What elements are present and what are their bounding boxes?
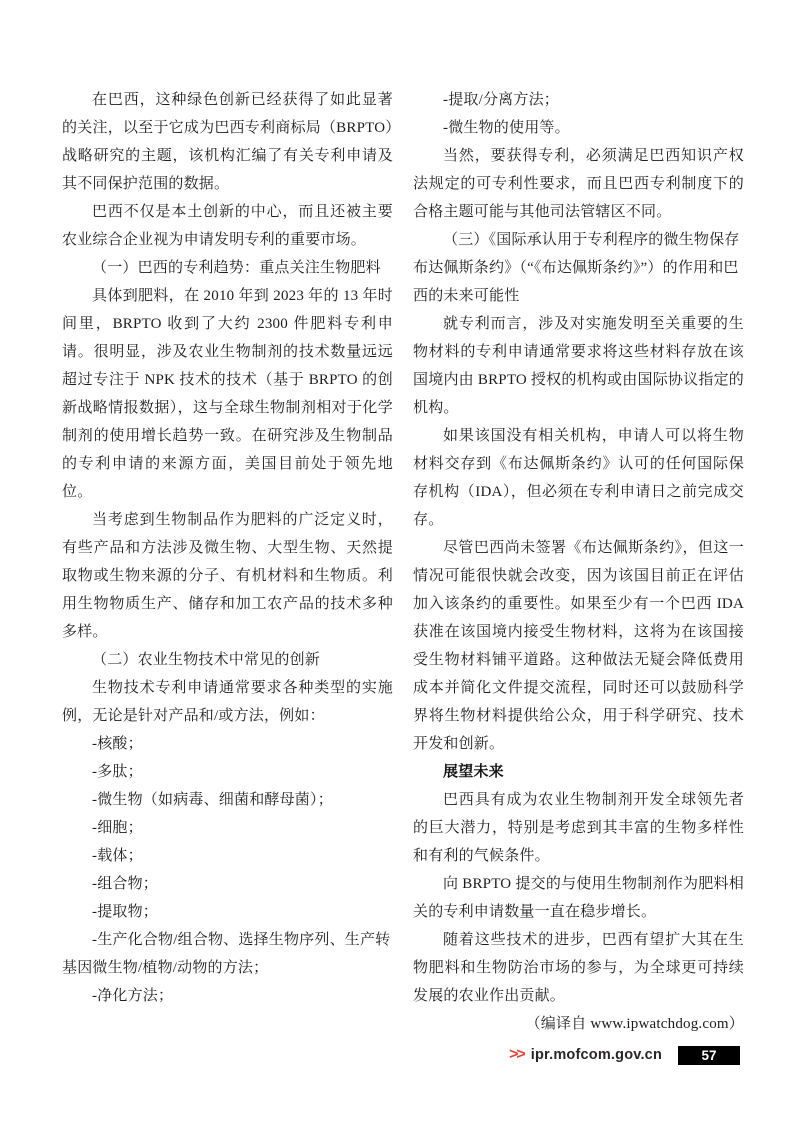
paragraph: 巴西具有成为农业生物制剂开发全球领先者的巨大潜力，特别是考虑到其丰富的生物多样性… — [413, 786, 744, 870]
list-item: -提取物； — [62, 898, 393, 926]
paragraph: 具体到肥料，在 2010 年到 2023 年的 13 年时间里，BRPTO 收到… — [62, 282, 393, 506]
page-footer: >> ipr.mofcom.gov.cn 57 — [509, 1044, 740, 1066]
paragraph: 当然，要获得专利，必须满足巴西知识产权法规定的可专利性要求，而且巴西专利制度下的… — [413, 142, 744, 226]
paragraph: 巴西不仅是本土创新的中心，而且还被主要农业综合企业视为申请发明专利的重要市场。 — [62, 198, 393, 254]
paragraph: 当考虑到生物制品作为肥料的广泛定义时，有些产品和方法涉及微生物、大型生物、天然提… — [62, 506, 393, 646]
paragraph: 就专利而言，涉及对实施发明至关重要的生物材料的专利申请通常要求将这些材料存放在该… — [413, 310, 744, 422]
paragraph: 在巴西，这种绿色创新已经获得了如此显著的关注，以至于它成为巴西专利商标局（BRP… — [62, 86, 393, 198]
paragraph: 随着这些技术的进步，巴西有望扩大其在生物肥料和生物防治市场的参与，为全球更可持续… — [413, 926, 744, 1010]
list-item: -多肽； — [62, 758, 393, 786]
right-column: -提取/分离方法；-微生物的使用等。当然，要获得专利，必须满足巴西知识产权法规定… — [413, 86, 744, 1038]
paragraph: 如果该国没有相关机构，申请人可以将生物材料交存到《布达佩斯条约》认可的任何国际保… — [413, 422, 744, 534]
list-item: -微生物（如病毒、细菌和酵母菌）； — [62, 786, 393, 814]
list-item: -生产化合物/组合物、选择生物序列、生产转基因微生物/植物/动物的方法； — [62, 926, 393, 982]
outlook-heading: 展望未来 — [413, 758, 744, 786]
page-body: 在巴西，这种绿色创新已经获得了如此显著的关注，以至于它成为巴西专利商标局（BRP… — [62, 86, 744, 1038]
paragraph: 尽管巴西尚未签署《布达佩斯条约》，但这一情况可能很快就会改变，因为该国目前正在评… — [413, 534, 744, 758]
list-item: -载体； — [62, 842, 393, 870]
attribution-line: （编译自 www.ipwatchdog.com） — [413, 1010, 744, 1038]
document-page: 在巴西，这种绿色创新已经获得了如此显著的关注，以至于它成为巴西专利商标局（BRP… — [0, 0, 794, 1123]
footer-site-url: ipr.mofcom.gov.cn — [531, 1047, 662, 1063]
list-item: -净化方法； — [62, 982, 393, 1010]
section-heading: （三）《国际承认用于专利程序的微生物保存布达佩斯条约》（“《布达佩斯条约》”）的… — [413, 226, 744, 310]
paragraph: 向 BRPTO 提交的与使用生物制剂作为肥料相关的专利申请数量一直在稳步增长。 — [413, 870, 744, 926]
page-number-badge: 57 — [678, 1046, 740, 1065]
section-heading: （一）巴西的专利趋势：重点关注生物肥料 — [62, 254, 393, 282]
list-item: -核酸； — [62, 730, 393, 758]
list-item: -细胞； — [62, 814, 393, 842]
paragraph: 生物技术专利申请通常要求各种类型的实施例，无论是针对产品和/或方法，例如： — [62, 674, 393, 730]
list-item: -提取/分离方法； — [413, 86, 744, 114]
section-heading: （二）农业生物技术中常见的创新 — [62, 646, 393, 674]
left-column: 在巴西，这种绿色创新已经获得了如此显著的关注，以至于它成为巴西专利商标局（BRP… — [62, 86, 393, 1038]
list-item: -组合物； — [62, 870, 393, 898]
list-item: -微生物的使用等。 — [413, 114, 744, 142]
double-chevron-icon: >> — [509, 1047, 524, 1063]
